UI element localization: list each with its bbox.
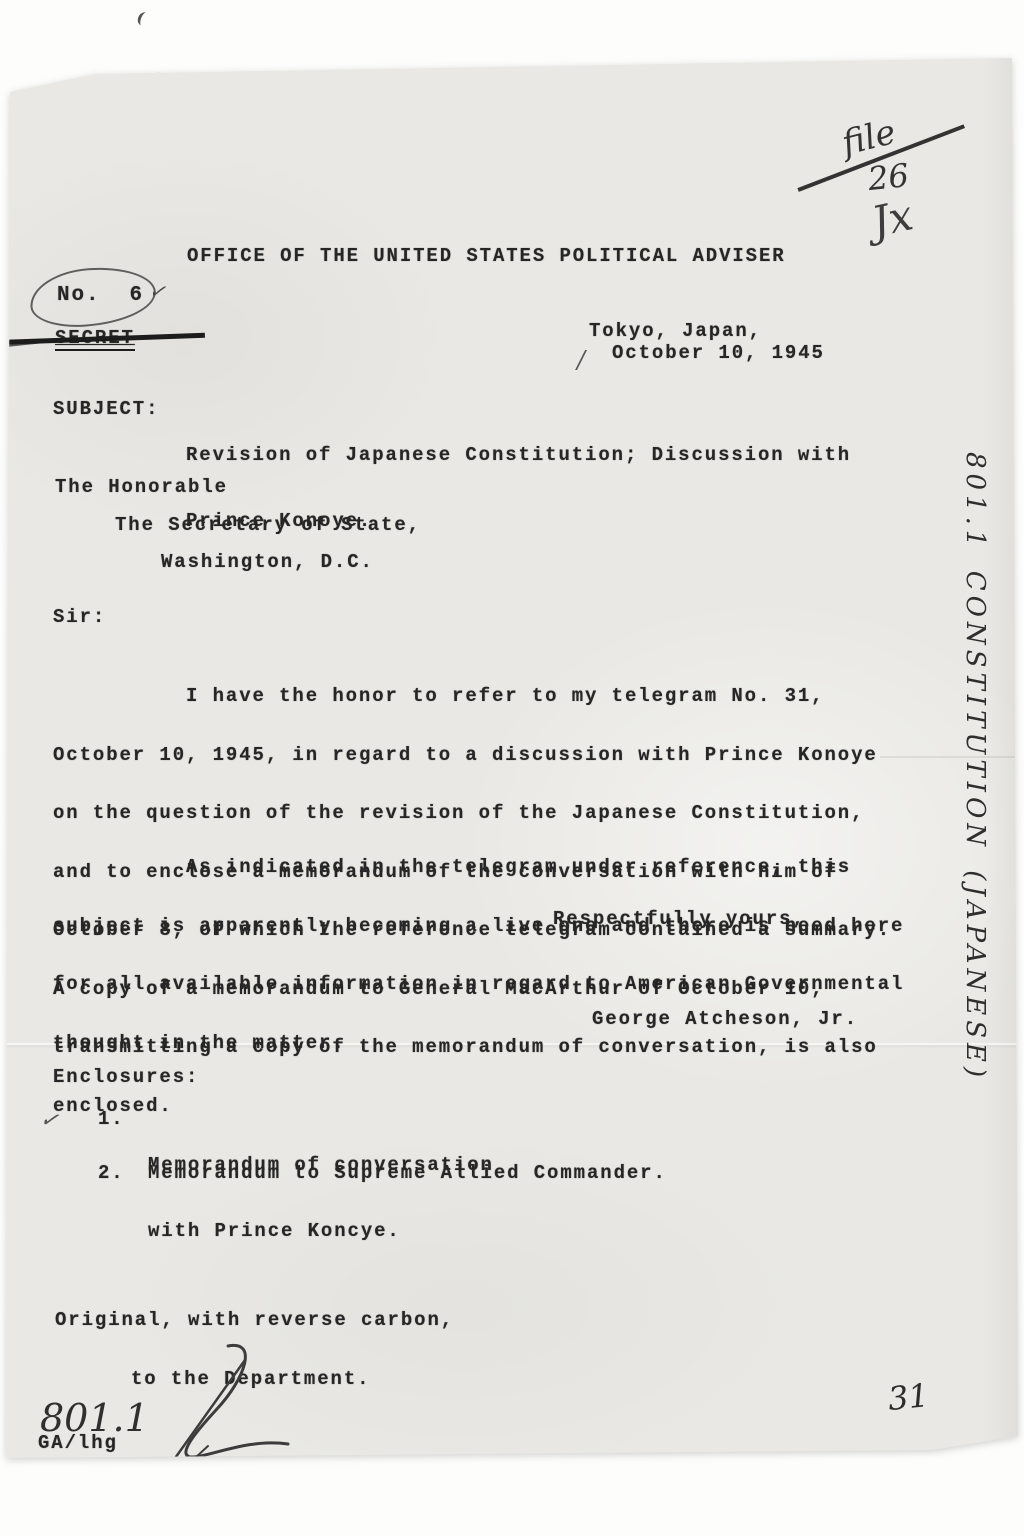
paragraph-line: October 10, 1945, in regard to a discuss…	[53, 746, 891, 766]
enclosures-label: Enclosures:	[53, 1068, 199, 1088]
addressee-line-2: The Secretary of State,	[115, 516, 421, 536]
date-pencil-mark: /	[577, 346, 585, 374]
subject-label: SUBJECT:	[53, 400, 159, 420]
addressee-line-1: The Honorable	[55, 478, 228, 498]
enclosure-2-text: Memorandum to Supreme Allied Commander.	[148, 1164, 667, 1184]
enclosure-2-number: 2.	[98, 1164, 125, 1184]
signature-flourish	[150, 1338, 320, 1473]
file-code-handwritten: 801.1	[40, 1396, 149, 1440]
fold-line-right	[880, 756, 1024, 758]
enclosure-1-text: Memorandum of conversation with Prince K…	[148, 1110, 494, 1286]
subject-text: Revision of Japanese Constitution; Discu…	[186, 400, 851, 576]
office-header: OFFICE OF THE UNITED STATES POLITICAL AD…	[187, 247, 786, 267]
addressee-line-3: Washington, D.C.	[161, 553, 374, 573]
paper-sheet-wrap: OFFICE OF THE UNITED STATES POLITICAL AD…	[0, 0, 1024, 1536]
paragraph-line: I have the honor to refer to my telegram…	[53, 687, 891, 707]
scanned-letter-page: OFFICE OF THE UNITED STATES POLITICAL AD…	[0, 0, 1024, 1536]
distribution-line: Original, with reverse carbon,	[55, 1311, 454, 1331]
paragraph-line: As indicated in the telegram under refer…	[53, 858, 904, 878]
closing: Respectfully yours,	[553, 910, 806, 930]
paper-sheet: OFFICE OF THE UNITED STATES POLITICAL AD…	[0, 0, 1024, 1536]
signature-name: George Atcheson, Jr.	[592, 1010, 858, 1030]
date-line: October 10, 1945	[612, 344, 825, 364]
enclosure-1-number: 1.	[98, 1110, 125, 1130]
subject-line-1: Revision of Japanese Constitution; Discu…	[186, 444, 851, 466]
place-line: Tokyo, Japan,	[589, 322, 762, 342]
enclosure-line: with Prince Koncye.	[148, 1220, 494, 1242]
file-annotation-initials: Jx	[867, 190, 917, 246]
number-circle-annotation	[28, 264, 158, 331]
paragraph-line: thought in the matter.	[53, 1034, 904, 1054]
margin-file-annotation: 801.1 CONSTITUTION (JAPANESE)	[960, 452, 990, 1082]
paragraph-line: for all available information in regard …	[53, 975, 904, 995]
ink-blob	[145, 59, 165, 74]
checkmark-icon: ✓	[147, 278, 167, 304]
body-paragraph-2: As indicated in the telegram under refer…	[53, 819, 904, 1092]
page-number-annotation: 31	[886, 1376, 930, 1418]
salutation: Sir:	[53, 608, 106, 628]
